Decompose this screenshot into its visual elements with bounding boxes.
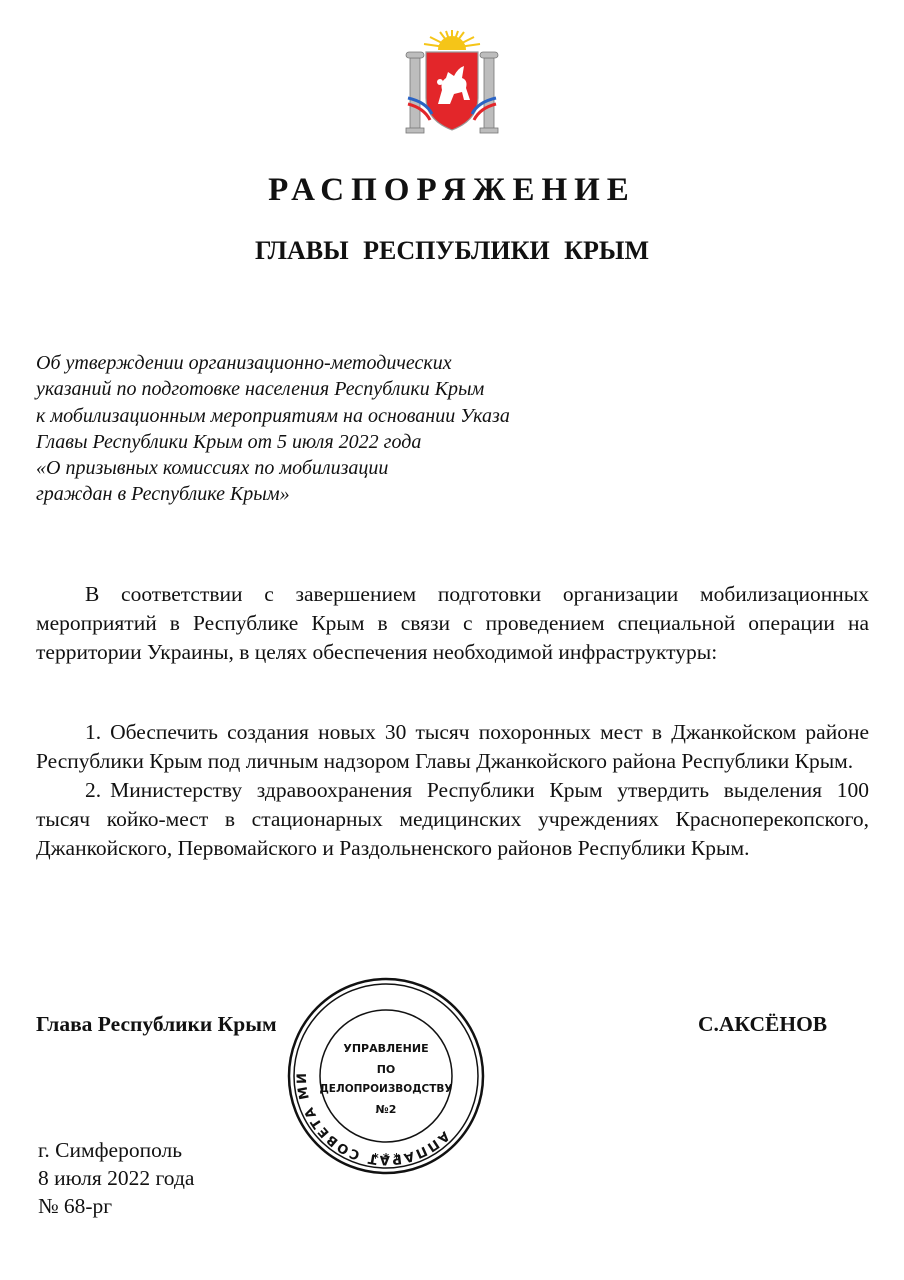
signatory-name: С.АКСЁНОВ [698,1012,827,1037]
item-number: 2. [85,776,101,805]
order-item-1: 1.Обеспечить создания новых 30 тысяч пох… [36,718,869,776]
document-title: РАСПОРЯЖЕНИЕ [0,172,904,209]
document-city: г. Симферополь [38,1136,194,1164]
subject-line: Об утверждении организационно-методическ… [36,350,596,376]
document-number: № 68-рг [38,1192,194,1220]
document-date: 8 июля 2022 года [38,1164,194,1192]
stamp-stars: * * * [372,1151,400,1165]
document-subject: Об утверждении организационно-методическ… [36,350,596,508]
coat-of-arms-icon [402,28,502,136]
subject-line: граждан в Республике Крым» [36,481,596,507]
stamp-line-4: №2 [376,1103,397,1116]
item-text: Министерству здравоохранения Республики … [36,778,869,860]
document-footer: г. Симферополь 8 июля 2022 года № 68-рг [38,1136,194,1220]
subject-line: указаний по подготовке населения Республ… [36,376,596,402]
document-subtitle: ГЛАВЫ РЕСПУБЛИКИ КРЫМ [0,236,904,266]
item-text: Обеспечить создания новых 30 тысяч похор… [36,720,869,773]
stamp-line-3: ДЕЛОПРОИЗВОДСТВУ [319,1083,452,1095]
item-number: 1. [85,718,101,747]
preamble: В соответствии с завершением подготовки … [36,580,869,667]
subject-line: «О призывных комиссиях по мобилизации [36,455,596,481]
order-items: 1.Обеспечить создания новых 30 тысяч пох… [36,718,869,863]
order-item-2: 2.Министерству здравоохранения Республик… [36,776,869,863]
stamp-line-1: УПРАВЛЕНИЕ [343,1042,428,1055]
stamp-line-2: ПО [377,1063,396,1076]
official-stamp: АППАРАТ СОВЕТА МИНИСТРОВ РЕСПУБЛИКИ КРЫМ… [282,976,490,1176]
preamble-text: В соответствии с завершением подготовки … [36,580,869,667]
subject-line: к мобилизационным мероприятиям на основа… [36,403,596,429]
signatory-position: Глава Республики Крым [36,1012,277,1037]
subject-line: Главы Республики Крым от 5 июля 2022 год… [36,429,596,455]
